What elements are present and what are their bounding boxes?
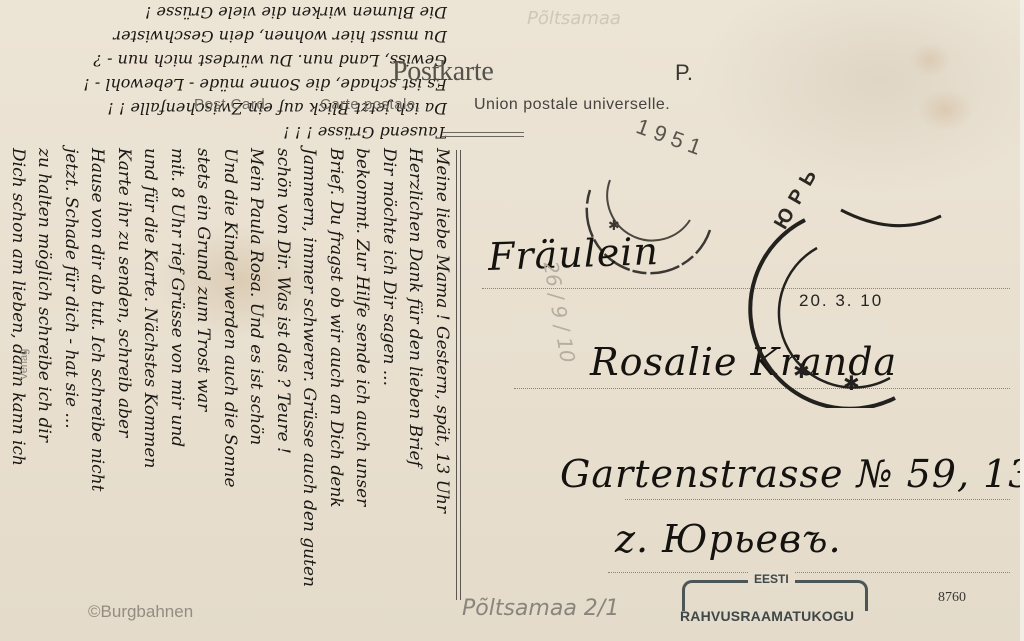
message-line: Und die Kinder werden auch die Sonne bbox=[217, 148, 244, 638]
message-line: von dir immer noch mehr mir bbox=[0, 148, 5, 638]
publisher-imprint: Verlag bbox=[18, 349, 30, 380]
catalog-number: 8760 bbox=[938, 590, 966, 606]
postcard-title: Postkarte bbox=[392, 56, 494, 88]
address-street: Gartenstrasse № 59, 13. bbox=[560, 452, 1024, 496]
message-line: Dir möchte ich Dir sagen ... bbox=[376, 148, 403, 638]
message-vertical-block: Meine liebe Mama ! Gestern, spät, 13 Uhr… bbox=[3, 148, 455, 638]
message-line: Du musst hier wohnen, dein Geschwister bbox=[0, 24, 455, 48]
message-line: Jammern, immer schwerer. Grüsse auch den… bbox=[296, 148, 323, 638]
library-stamp-top: EESTI bbox=[748, 572, 795, 586]
pencil-note-bottom: Põltsamaa 2/1 bbox=[462, 596, 619, 621]
message-line: Die Blumen wirken die viele Grüsse ! bbox=[0, 0, 455, 24]
address-city: z. Юрьевъ. bbox=[615, 517, 842, 561]
library-stamp: EESTI RAHVUSRAAMATUKOGU bbox=[680, 572, 866, 632]
message-line: mit. 8 Uhr rief Grüsse von mir und bbox=[164, 148, 191, 638]
postcard-back: Tausend Grüsse ! ! ! Da ich jetzt Blick … bbox=[0, 0, 1024, 641]
message-line: Tausend Grüsse ! ! ! bbox=[0, 120, 455, 144]
postmark-date: 20. 3. 10 bbox=[799, 291, 883, 311]
message-line: Meine liebe Mama ! Gestern, spät, 13 Uhr bbox=[429, 148, 456, 638]
message-line: Herzlichen Dank für den lieben Brief bbox=[402, 148, 429, 638]
svg-text:✱: ✱ bbox=[793, 359, 810, 383]
header-divider bbox=[442, 132, 524, 137]
pencil-note-top: Põltsamaa bbox=[527, 8, 621, 29]
message-line: jetzt. Schade für dich - hat sie ... bbox=[58, 148, 85, 638]
message-line: Karte ihr zu senden, schreib aber bbox=[111, 148, 138, 638]
svg-text:✱: ✱ bbox=[843, 371, 860, 395]
message-line: zu halten möglich schreibe ich dir bbox=[31, 148, 58, 638]
message-line: und für die Karte. Nächstes Kommen bbox=[137, 148, 164, 638]
copyright-watermark: ©Burgbahnen bbox=[88, 602, 193, 622]
address-rule bbox=[625, 499, 1010, 500]
library-stamp-bottom: RAHVUSRAAMATUKOGU bbox=[680, 608, 870, 624]
message-line: Es ist schade, die Sonne müde - Lebewohl… bbox=[0, 72, 455, 96]
card-edge bbox=[1020, 0, 1024, 641]
postmark-letter: P. bbox=[675, 60, 693, 86]
message-line: Dich schon am lieben, dann kann ich bbox=[5, 148, 32, 638]
message-line: bekommt. Zur Hilfe sende ich auch unser bbox=[349, 148, 376, 638]
message-upside-down-block: Tausend Grüsse ! ! ! Da ich jetzt Blick … bbox=[0, 0, 455, 150]
subtitle-english: Post Card. bbox=[194, 96, 270, 113]
center-divider bbox=[456, 150, 461, 600]
message-line: Mein Paula Rosa. Und es ist schön bbox=[243, 148, 270, 638]
subtitle-union-postale: Union postale universelle. bbox=[474, 96, 670, 114]
message-line: Brief. Du fragst ob wir auch an Dich den… bbox=[323, 148, 350, 638]
subtitle-french: Carte postale. bbox=[320, 96, 420, 113]
message-line: Gewiss, Land nun. Du würdest mich nun - … bbox=[0, 48, 455, 72]
message-line: schön von Dir. Was ist das ? Teure ! bbox=[270, 148, 297, 638]
message-line: Hause von dir ab tut. Ich schreibe nicht bbox=[84, 148, 111, 638]
message-line: stets ein Grund zum Trost war bbox=[190, 148, 217, 638]
address-salutation: Fräulein bbox=[487, 229, 659, 279]
